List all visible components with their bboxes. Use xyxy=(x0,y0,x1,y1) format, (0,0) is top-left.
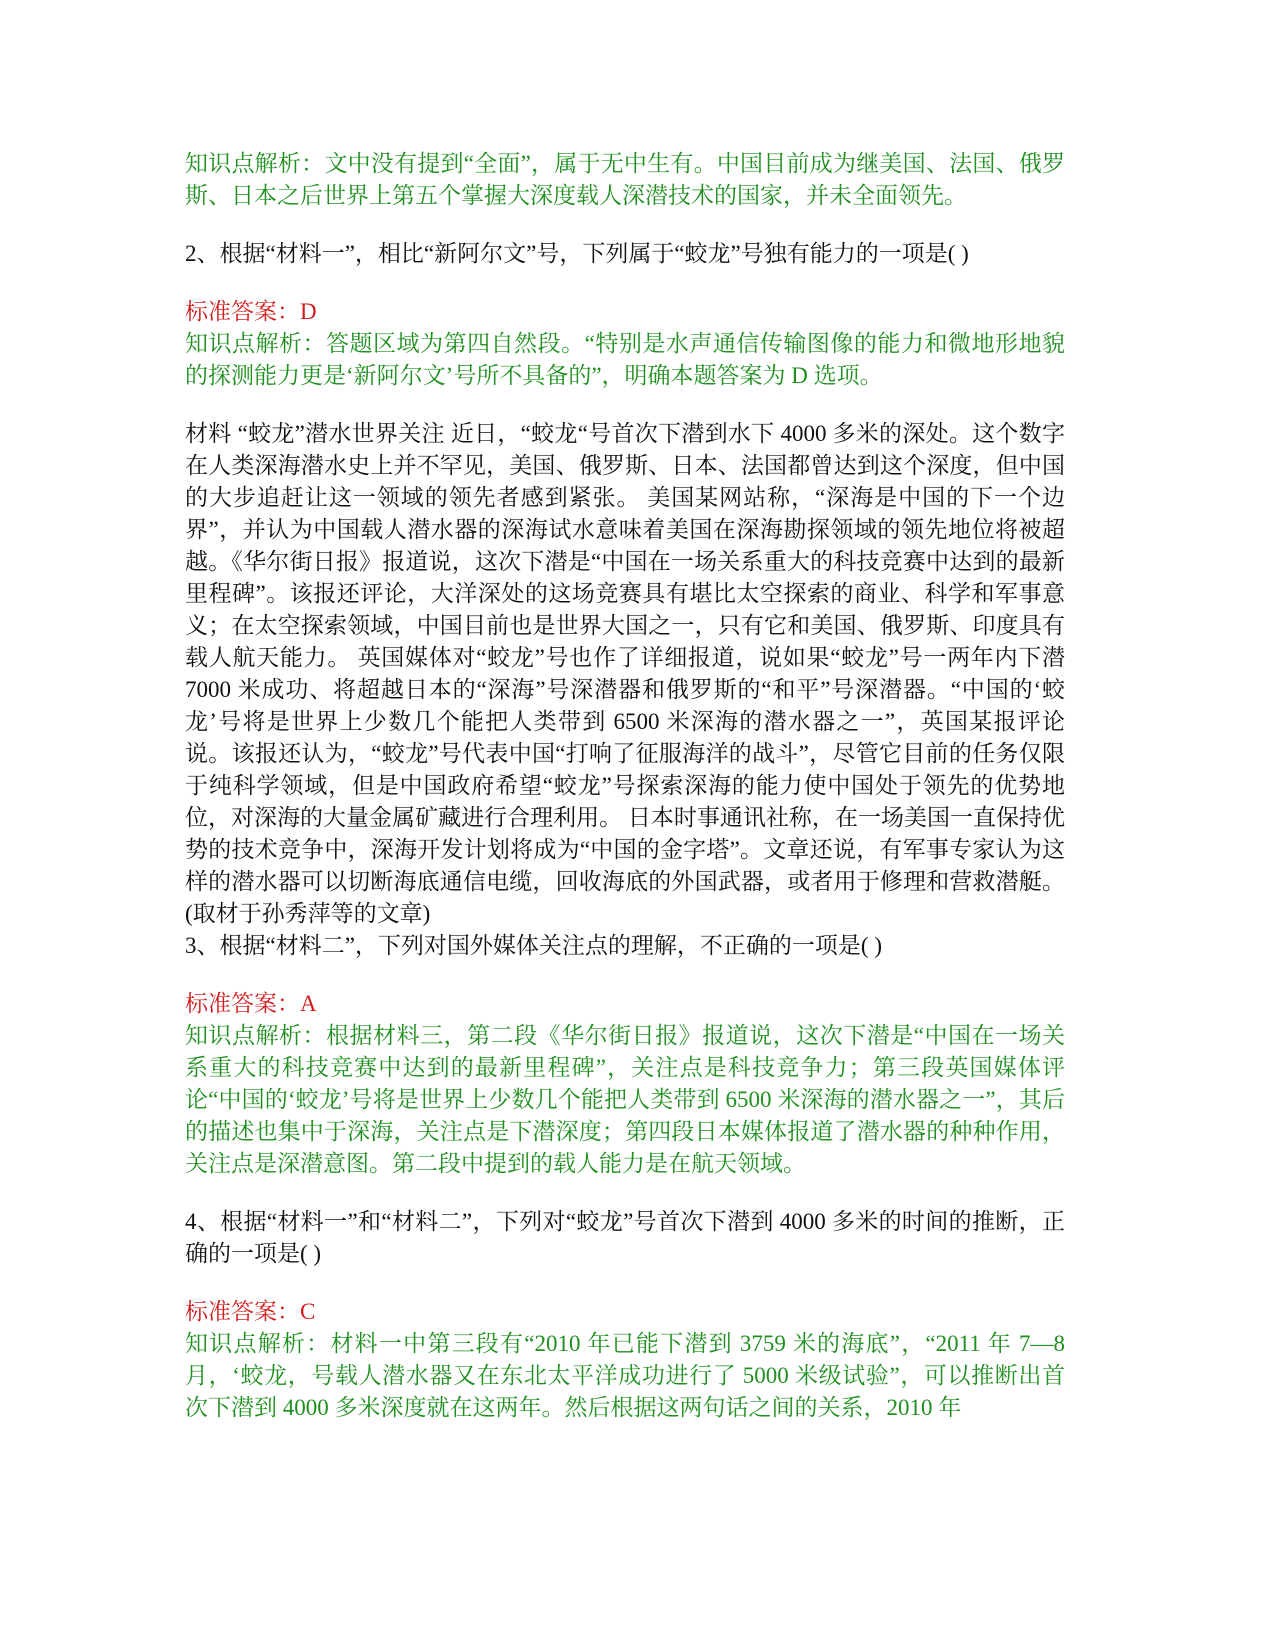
answer-q3: 标准答案：A xyxy=(185,988,1065,1020)
document-page: 知识点解析：文中没有提到“全面”，属于无中生有。中国目前成为继美国、法国、俄罗斯… xyxy=(185,148,1065,1424)
answer-q2: 标准答案：D xyxy=(185,296,1065,328)
spacer xyxy=(185,392,1065,418)
analysis-paragraph-q3: 知识点解析：根据材料三，第二段《华尔街日报》报道说，这次下潜是“中国在一场关系重… xyxy=(185,1020,1065,1180)
analysis-paragraph-q4: 知识点解析：材料一中第三段有“2010 年已能下潜到 3759 米的海底”，“2… xyxy=(185,1328,1065,1424)
spacer xyxy=(185,1180,1065,1206)
spacer xyxy=(185,270,1065,296)
spacer xyxy=(185,962,1065,988)
spacer xyxy=(185,1270,1065,1296)
question-4: 4、根据“材料一”和“材料二”，下列对“蛟龙”号首次下潜到 4000 多米的时间… xyxy=(185,1206,1065,1270)
question-3: 3、根据“材料二”，下列对国外媒体关注点的理解，不正确的一项是( ) xyxy=(185,930,1065,962)
answer-q4: 标准答案：C xyxy=(185,1296,1065,1328)
material-passage: 材料 “蛟龙”潜水世界关注 近日，“蛟龙“号首次下潜到水下 4000 多米的深处… xyxy=(185,418,1065,930)
analysis-paragraph-q1: 知识点解析：文中没有提到“全面”，属于无中生有。中国目前成为继美国、法国、俄罗斯… xyxy=(185,148,1065,212)
question-2: 2、根据“材料一”，相比“新阿尔文”号，下列属于“蛟龙”号独有能力的一项是( ) xyxy=(185,238,1065,270)
analysis-paragraph-q2: 知识点解析：答题区域为第四自然段。“特别是水声通信传输图像的能力和微地形地貌的探… xyxy=(185,328,1065,392)
spacer xyxy=(185,212,1065,238)
